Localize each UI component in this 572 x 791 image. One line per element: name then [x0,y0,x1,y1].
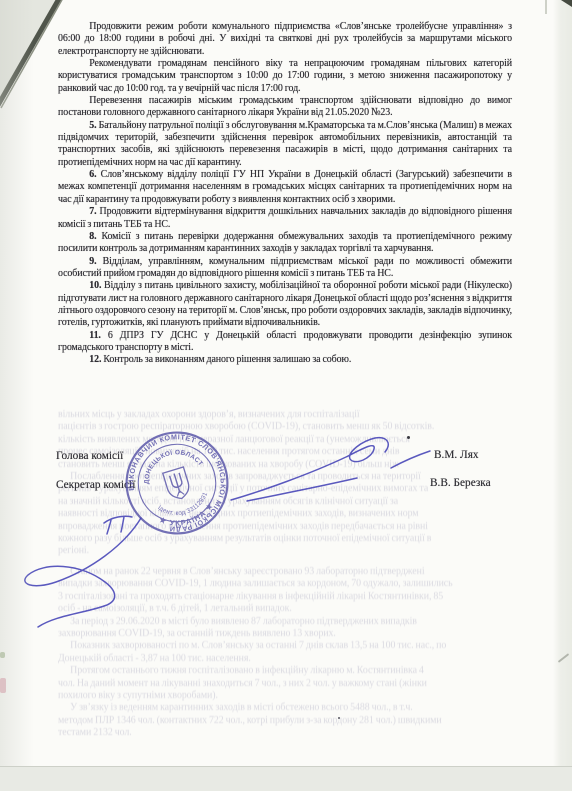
left-edge-shading [0,0,34,791]
top-crease-line [545,0,547,14]
signer-name-head: В.М. Лях [434,449,479,461]
ink-speck [407,436,410,439]
paragraph: Перевезення пасажирів міським громадськи… [58,94,512,119]
paragraph-number: 12. [89,353,103,365]
bleedthrough-line: осіб - на самоізоляції, в т.ч. 6 дітей, … [58,602,512,614]
bleedthrough-line: чол. На даний момент на лікуванні знаход… [58,677,512,689]
signer-name-secretary: В.В. Березка [430,477,491,489]
bleedthrough-line: випадки захворювання COVID-19, 1 людина … [58,577,512,589]
stamp-seal-icon: ВИКОНАВЧИЙ КОМІТЕТ СЛОВ’ЯНСЬКОЇ МІСЬКОЇ … [114,420,240,546]
paragraph-number: 10. [89,279,104,291]
paragraph-text: Батальйону патрульної поліції з обслугов… [58,119,512,168]
paragraph: Рекомендувати громадянам пенсійного віку… [58,57,512,94]
bleedthrough-line: Показник захворюваності по м. Слов’янськ… [58,639,512,651]
paragraph-text: Продовжити відтермінування відкриття дош… [58,205,512,229]
bleedthrough-line: За період з 29.06.2020 в місті було вияв… [58,615,512,627]
scan-artifact [0,678,6,693]
bleedthrough-line: Донецькій області - 3,87 на 100 тис. нас… [58,652,512,664]
paragraph-text: Слов’янському відділу поліції ГУ НП Укра… [58,168,512,205]
paragraph-text: Рекомендувати громадянам пенсійного віку… [58,57,512,94]
paragraph: 10.Відділу з питань цивільного захисту, … [58,279,512,328]
bleedthrough-line: тестами 2132 чол. [58,726,512,738]
paragraph: 7.Продовжити відтермінування відкриття д… [58,205,512,230]
paragraph-text: Комісії з питань перевірки додержання об… [58,230,512,254]
paragraph-number: 9. [89,255,102,267]
paragraph-text: Контроль за виконанням даного рішення за… [103,353,351,365]
paragraph-text: Перевезення пасажирів міським громадськи… [58,94,512,118]
bleedthrough-line: Протягом останнього тижня госпіталізован… [58,664,512,676]
right-scan-edge [553,0,572,791]
paragraph-text: Відділам, управлінням, комунальним підпр… [58,255,512,279]
ink-speck [338,717,340,719]
bleedthrough-text-lower: Станом на ранок 22 червня в Слов’янську … [58,565,512,738]
paragraph: 12.Контроль за виконанням даного рішення… [58,353,512,365]
paragraph-text: Відділу з питань цивільного захисту, моб… [58,279,512,328]
bleedthrough-line: 3 госпіталізовані та проходять стаціонар… [58,590,512,602]
scanned-document-page: { "document": { "paragraphs": [ {"num":"… [0,0,572,791]
tryzub-icon [163,467,192,502]
paragraph-number: 6. [89,168,100,180]
official-round-stamp: ВИКОНАВЧИЙ КОМІТЕТ СЛОВ’ЯНСЬКОЇ МІСЬКОЇ … [114,420,240,546]
paragraph-number: 7. [89,205,99,217]
bleedthrough-line: Станом на ранок 22 червня в Слов’янську … [58,565,512,577]
bleedthrough-line: регіоні. [58,544,512,556]
paragraph-text: 6 ДПРЗ ГУ ДСНС у Донецькій області продо… [58,329,512,353]
bleedthrough-line: методом ПЛР 1346 чол. (контактних 722 чо… [58,714,512,726]
document-body: Продовжити режим роботи комунального під… [58,20,512,366]
paragraph-number: 5. [89,119,98,131]
paragraph: 9.Відділам, управлінням, комунальним під… [58,255,512,280]
paragraph: Продовжити режим роботи комунального під… [58,20,512,57]
paragraph: 6.Слов’янському відділу поліції ГУ НП Ук… [58,168,512,205]
scan-artifact [0,652,5,658]
bleedthrough-line: захворювання COVID-19, за останній тижде… [58,627,512,639]
paragraph-number: 8. [89,230,101,242]
paragraph: 11.6 ДПРЗ ГУ ДСНС у Донецькій області пр… [58,329,512,354]
paragraph: 8.Комісії з питань перевірки додержання … [58,230,512,255]
paragraph: 5.Батальйону патрульної поліції з обслуг… [58,119,512,168]
bleedthrough-line: вільних місць у закладах охорони здоров’… [58,408,512,420]
paragraph-number: 11. [89,329,108,341]
bleedthrough-line: У зв’язку із веденням карантинних заході… [58,701,512,713]
paragraph-text: Продовжити режим роботи комунального під… [58,20,512,57]
bottom-scan-edge [0,766,572,791]
bleedthrough-line: похилого віку з супутніми хворобами). [58,689,512,701]
